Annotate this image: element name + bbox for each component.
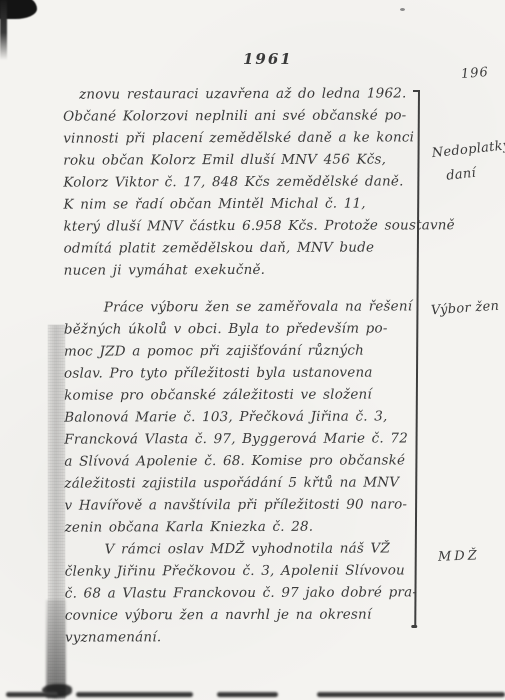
scanned-chronicle-page: 1961 196 znovu restauraci uzavřena až do…	[0, 0, 505, 700]
handwritten-line: znovu restauraci uzavřena až do ledna 19…	[63, 82, 419, 105]
handwritten-line: běžných úkolů v obci. Byla to především …	[64, 317, 420, 340]
handwritten-line: č. 68 a Vlastu Franckovou č. 97 jako dob…	[65, 581, 421, 604]
margin-note-mdz: MDŽ	[438, 544, 481, 569]
handwritten-line: K nim se řadí občan Mintěl Michal č. 11,	[63, 192, 419, 215]
handwritten-line: komise pro občanské záležitosti ve slože…	[64, 383, 420, 406]
handwritten-line: roku občan Kolorz Emil dluší MNV 456 Kčs…	[63, 148, 419, 171]
handwritten-line: vinnosti při placení zemědělské daně a k…	[63, 126, 419, 149]
handwritten-line: Kolorz Viktor č. 17, 848 Kčs zemědělské …	[63, 170, 419, 193]
scan-artifact-bottom-bar	[317, 692, 505, 697]
handwritten-line: a Slívová Apolenie č. 68. Komise pro obč…	[64, 449, 420, 472]
handwritten-line: který dluší MNV částku 6.958 Kčs. Protož…	[63, 214, 419, 237]
handwritten-line: Balonová Marie č. 103, Přečková Jiřina č…	[64, 405, 420, 428]
scan-artifact-left-strip	[0, 0, 7, 60]
handwritten-line: moc JZD a pomoc při zajišťování různých	[64, 339, 420, 362]
year-heading: 1961	[243, 50, 293, 68]
handwritten-line: covnice výboru žen a navrhl je na okresn…	[65, 603, 421, 626]
handwritten-line: vyznamenání.	[65, 625, 421, 648]
handwritten-line: záležitosti zajistila uspořádání 5 křtů …	[64, 471, 420, 494]
handwritten-line: členky Jiřinu Přečkovou č. 3, Apolenii S…	[65, 559, 421, 582]
scan-artifact-bottom-bar	[217, 692, 278, 697]
scan-artifact-bottom-bar	[76, 692, 193, 697]
handwritten-line: odmítá platit zemědělskou daň, MNV bude	[64, 236, 420, 259]
handwritten-line: oslav. Pro tyto příležitosti byla ustano…	[64, 361, 420, 384]
handwritten-line: zenin občana Karla Kniezka č. 28.	[65, 515, 421, 538]
handwritten-body: znovu restauraci uzavřena až do ledna 19…	[63, 82, 421, 648]
scan-artifact-speck	[400, 8, 405, 11]
page-number: 196	[461, 65, 490, 82]
handwritten-line: Francková Vlasta č. 97, Byggerová Marie …	[64, 427, 420, 450]
paragraph-mdz: V rámci oslav MDŽ vyhodnotila náš VŽ čle…	[65, 537, 421, 648]
handwritten-line: nucen ji vymáhat exekučně.	[64, 258, 420, 281]
paragraph-womens-committee: Práce výboru žen se zaměřovala na řešení…	[64, 295, 421, 538]
paragraph-tax-arrears: znovu restauraci uzavřena až do ledna 19…	[63, 82, 420, 281]
margin-note-tax-arrears: Nedoplatky daní	[431, 134, 505, 190]
margin-note-womens-committee: Výbor žen	[430, 295, 500, 324]
handwritten-line: Občané Kolorzovi neplnili ani své občans…	[63, 104, 419, 127]
handwritten-line: v Havířově a navštívila při příležitosti…	[64, 493, 420, 516]
handwritten-line: Práce výboru žen se zaměřovala na řešení	[64, 295, 420, 318]
scan-artifact-bottom-bar	[6, 692, 58, 697]
handwritten-line: V rámci oslav MDŽ vyhodnotila náš VŽ	[65, 537, 421, 560]
